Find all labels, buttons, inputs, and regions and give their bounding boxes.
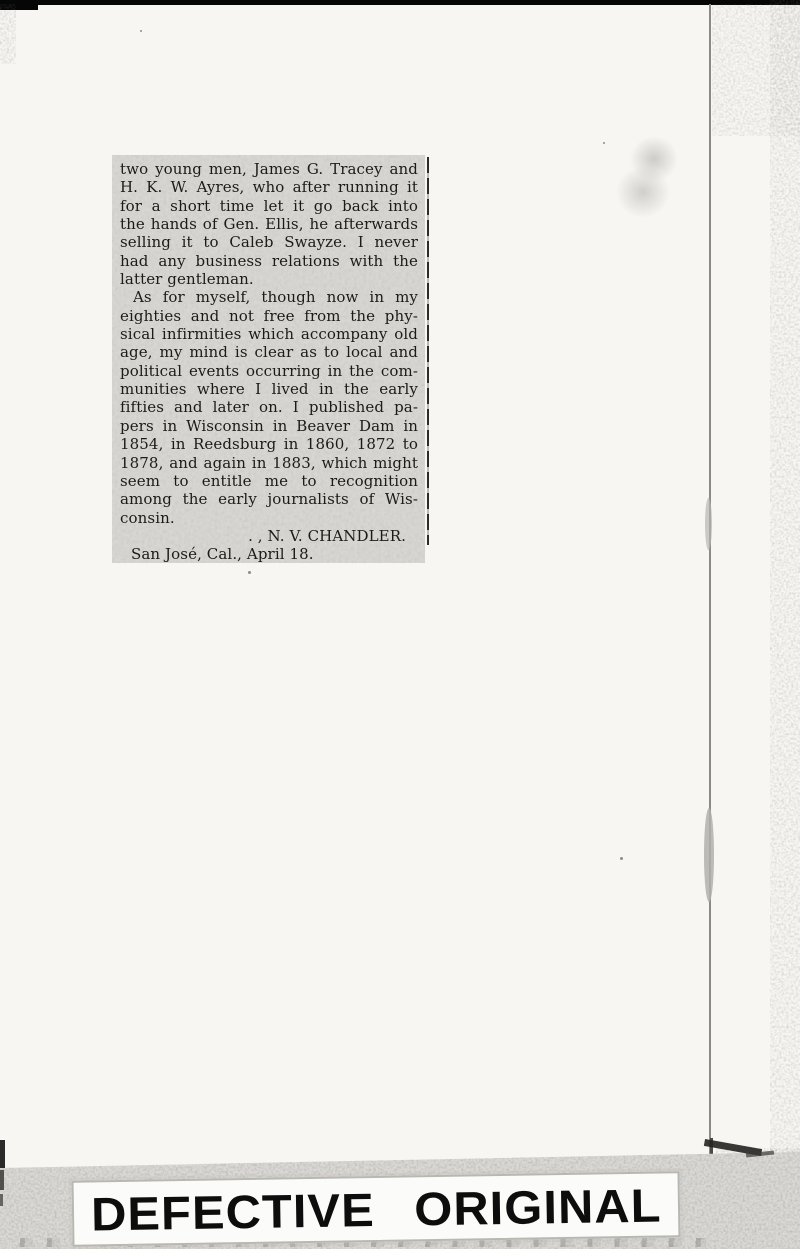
speck: [620, 857, 623, 860]
clipping-line: for a short time let it go back into: [120, 197, 418, 215]
clipping-line: among the early journalists of Wis-: [120, 490, 418, 508]
scanned-archive-page: two young men, James G. Tracey andH. K. …: [0, 0, 800, 1249]
clipping-line: eighties and not free from the phy-: [120, 307, 418, 325]
fold-smudge: [705, 498, 712, 550]
clipping-line: selling it to Caleb Swayze. I never: [120, 233, 418, 251]
clipping-content: two young men, James G. Tracey andH. K. …: [112, 155, 425, 563]
clipping-line: age, my mind is clear as to local and: [120, 343, 418, 361]
clipping-line: seem to entitle me to recognition: [120, 472, 418, 490]
scan-noise-left: [0, 4, 16, 64]
edge-mark: [0, 1170, 4, 1190]
scanner-bed-band: DEFECTIVE ORIGINAL: [0, 1150, 800, 1249]
clipping-line: two young men, James G. Tracey and: [120, 160, 418, 178]
scan-noise-top: [0, 4, 800, 28]
edge-mark: [0, 1140, 5, 1168]
clipping-line: H. K. W. Ayres, who after running it: [120, 178, 418, 196]
edge-mark: [0, 1194, 3, 1206]
clipping-line: As for myself, though now in my: [120, 288, 418, 306]
clipping-line: sical infirmities which accompany old: [120, 325, 418, 343]
clipping-line: had any business relations with the: [120, 252, 418, 270]
clipping-line: 1878, and again in 1883, which might: [120, 454, 418, 472]
speck: [140, 30, 142, 32]
clipping-line: consin.: [120, 509, 418, 527]
newspaper-clipping: two young men, James G. Tracey andH. K. …: [112, 155, 434, 563]
dateline: San José, Cal., April 18.: [120, 545, 418, 563]
speck: [248, 571, 251, 574]
clipping-line: pers in Wisconsin in Beaver Dam in: [120, 417, 418, 435]
scan-texture-right-edge: [770, 0, 800, 1155]
page-fold-line: [709, 4, 711, 1249]
clipping-line: 1854, in Reedsburg in 1860, 1872 to: [120, 435, 418, 453]
clipping-text: two young men, James G. Tracey andH. K. …: [120, 160, 418, 527]
clipping-line: the hands of Gen. Ellis, he afterwards: [120, 215, 418, 233]
defective-original-stamp: DEFECTIVE ORIGINAL: [72, 1171, 681, 1247]
column-rule: [427, 157, 429, 545]
clipping-line: fifties and later on. I published pa-: [120, 398, 418, 416]
clipping-line: munities where I lived in the early: [120, 380, 418, 398]
signature: . , N. V. CHANDLER.: [120, 527, 418, 545]
page-smudge: [616, 166, 670, 218]
speck: [603, 142, 605, 144]
stamp-text: DEFECTIVE ORIGINAL: [90, 1177, 661, 1241]
fold-smudge: [704, 808, 714, 902]
clipping-line: latter gentleman.: [120, 270, 418, 288]
clipping-line: political events occurring in the com-: [120, 362, 418, 380]
